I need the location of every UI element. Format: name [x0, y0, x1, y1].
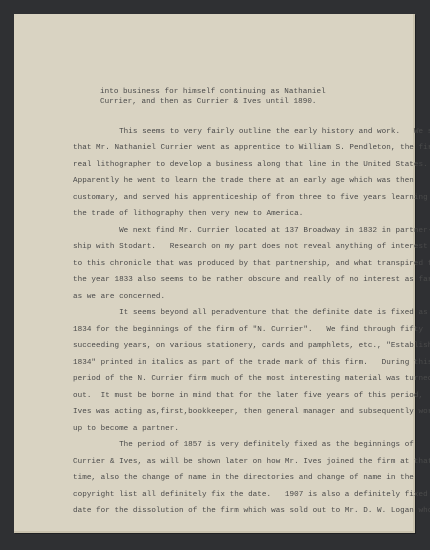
para2-line-1: We next find Mr. Currier located at 137 …	[73, 226, 430, 236]
para3-line-3: succeeding years, on various stationery,…	[73, 341, 430, 351]
para2-line-5: as we are concerned.	[73, 292, 165, 302]
para2-line-4: the year 1833 also seems to be rather ob…	[73, 275, 430, 285]
para3-line-8: up to become a partner.	[73, 424, 179, 434]
para4-line-4: copyright list all definitely fix the da…	[73, 490, 428, 500]
para1-line-3: real lithographer to develop a business …	[73, 160, 428, 170]
para4-line-5: date for the dissolution of the firm whi…	[73, 506, 430, 516]
opening-line-2: Currier, and then as Currier & Ives unti…	[100, 97, 317, 107]
para4-line-2: Currier & Ives, as will be shown later o…	[73, 457, 430, 467]
para1-line-2: that Mr. Nathaniel Currier went as appre…	[73, 143, 430, 153]
page-text: into business for himself continuing as …	[73, 14, 393, 270]
typed-page: into business for himself continuing as …	[14, 14, 415, 533]
para4-line-1: The period of 1857 is very definitely fi…	[73, 440, 414, 450]
para1-line-1: This seems to very fairly outline the ea…	[73, 127, 430, 137]
para1-line-6: the trade of lithography then very new t…	[73, 209, 303, 219]
para3-line-4: 1834" printed in italics as part of the …	[73, 358, 430, 368]
para3-line-5: period of the N. Currier firm much of th…	[73, 374, 430, 384]
opening-line-1: into business for himself continuing as …	[100, 87, 326, 97]
para1-line-4: Apparently he went to learn the trade th…	[73, 176, 414, 186]
para3-line-7: Ives was acting as,first,bookkeeper, the…	[73, 407, 430, 417]
para2-line-2: ship with Stodart. Research on my part d…	[73, 242, 428, 252]
para2-line-3: to this chronicle that was produced by t…	[73, 259, 430, 269]
para3-line-2: 1834 for the beginnings of the firm of "…	[73, 325, 423, 335]
para4-line-3: time, also the change of name in the dir…	[73, 473, 414, 483]
para3-line-6: out. It must be borne in mind that for t…	[73, 391, 423, 401]
para3-line-1: It seems beyond all peradventure that th…	[73, 308, 428, 318]
para1-line-5: customary, and served his apprenticeship…	[73, 193, 428, 203]
